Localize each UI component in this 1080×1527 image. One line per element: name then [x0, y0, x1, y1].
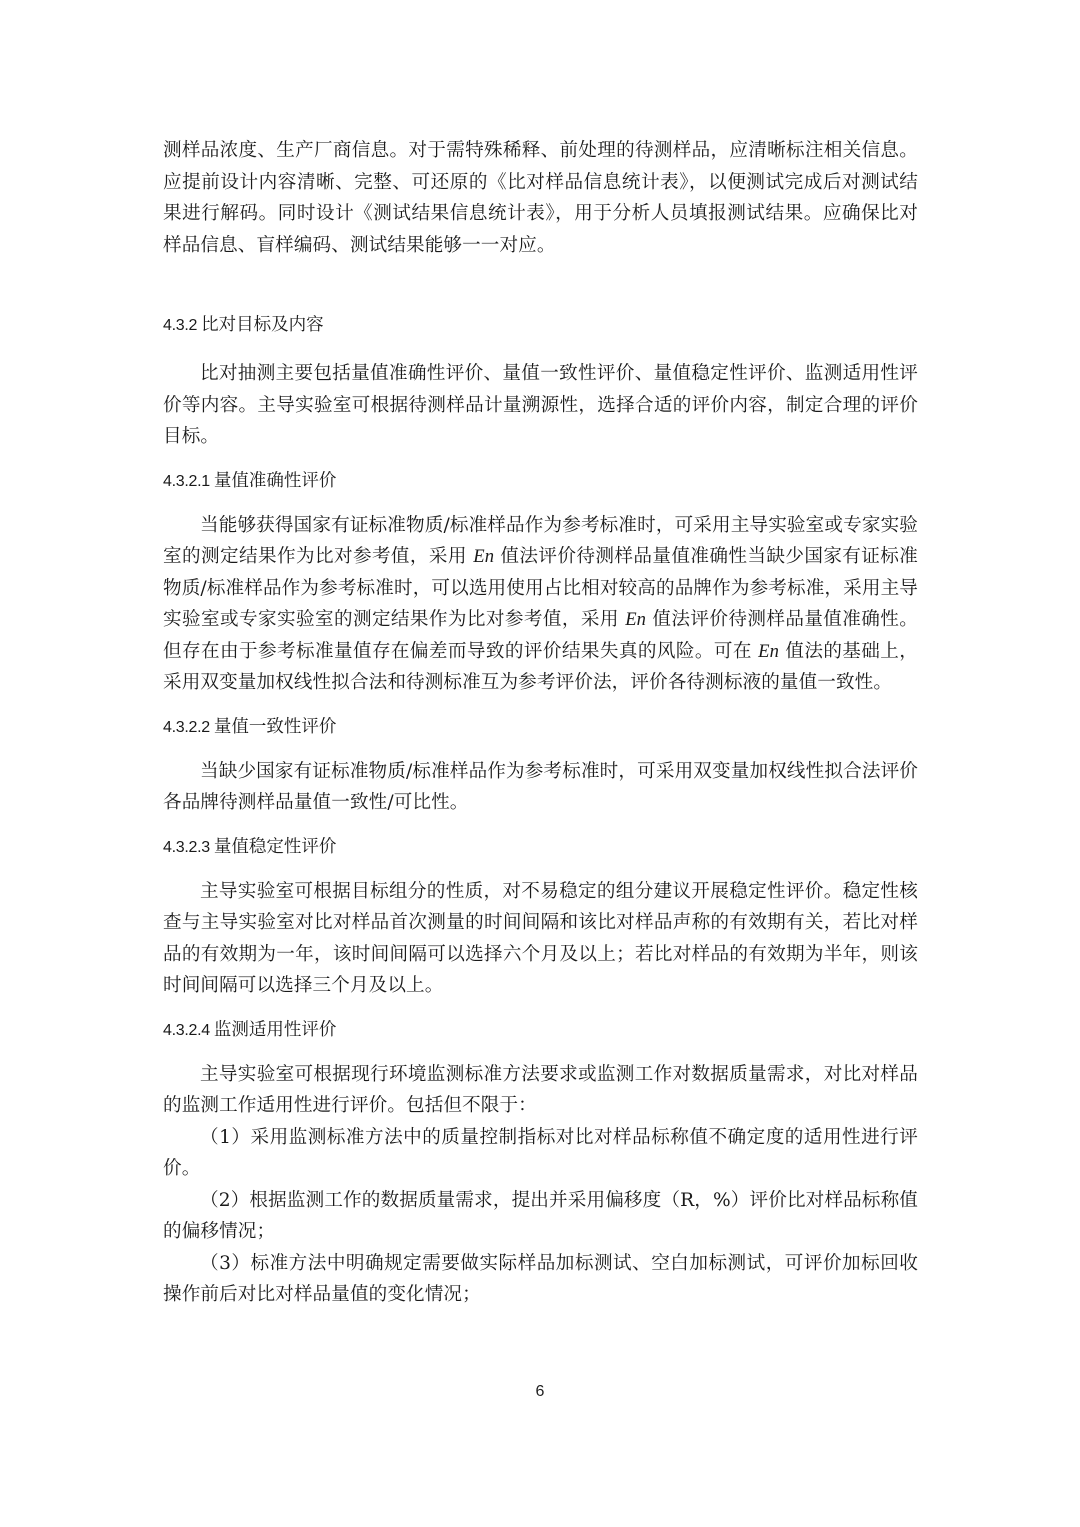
section-4-3-2-4-paragraph: 主导实验室可根据现行环境监测标准方法要求或监测工作对数据质量需求，对比对样品的监…: [163, 1059, 918, 1122]
section-heading-4-3-2-3: 4.3.2.3量值稳定性评价: [163, 833, 918, 862]
section-title: 量值准确性评价: [214, 471, 337, 491]
en-term: En: [473, 546, 494, 567]
list-item: （2）根据监测工作的数据质量需求，提出并采用偏移度（R，%）评价比对样品标称值的…: [163, 1185, 918, 1248]
section-number: 4.3.2: [163, 317, 197, 334]
section-heading-4-3-2-4: 4.3.2.4监测适用性评价: [163, 1016, 918, 1045]
list-item: （1）采用监测标准方法中的质量控制指标对比对样品标称值不确定度的适用性进行评价。: [163, 1122, 918, 1185]
intro-paragraph: 测样品浓度、生产厂商信息。对于需特殊稀释、前处理的待测样品，应清晰标注相关信息。…: [163, 135, 918, 261]
section-number: 4.3.2.2: [163, 719, 210, 736]
section-4-3-2-2-paragraph: 当缺少国家有证标准物质/标准样品作为参考标准时，可采用双变量加权线性拟合法评价各…: [163, 756, 918, 819]
section-title: 监测适用性评价: [214, 1020, 337, 1040]
en-term: En: [758, 641, 779, 662]
section-title: 量值稳定性评价: [214, 837, 337, 857]
page-number: 6: [0, 1383, 1080, 1401]
section-number: 4.3.2.1: [163, 473, 210, 490]
section-number: 4.3.2.3: [163, 839, 210, 856]
section-number: 4.3.2.4: [163, 1022, 210, 1039]
section-4-3-2-1-paragraph: 当能够获得国家有证标准物质/标准样品作为参考标准时，可采用主导实验室或专家实验室…: [163, 510, 918, 699]
section-4-3-2-3-paragraph: 主导实验室可根据目标组分的性质，对不易稳定的组分建议开展稳定性评价。稳定性核查与…: [163, 876, 918, 1002]
document-page: 测样品浓度、生产厂商信息。对于需特殊稀释、前处理的待测样品，应清晰标注相关信息。…: [163, 135, 918, 1311]
section-heading-4-3-2-2: 4.3.2.2量值一致性评价: [163, 713, 918, 742]
section-title: 比对目标及内容: [201, 315, 324, 335]
list-item: （3）标准方法中明确规定需要做实际样品加标测试、空白加标测试，可评价加标回收操作…: [163, 1248, 918, 1311]
section-title: 量值一致性评价: [214, 717, 337, 737]
section-heading-4-3-2-1: 4.3.2.1量值准确性评价: [163, 467, 918, 496]
section-4-3-2-paragraph: 比对抽测主要包括量值准确性评价、量值一致性评价、量值稳定性评价、监测适用性评价等…: [163, 358, 918, 453]
section-heading-4-3-2: 4.3.2比对目标及内容: [163, 311, 918, 340]
en-term: En: [625, 609, 646, 630]
